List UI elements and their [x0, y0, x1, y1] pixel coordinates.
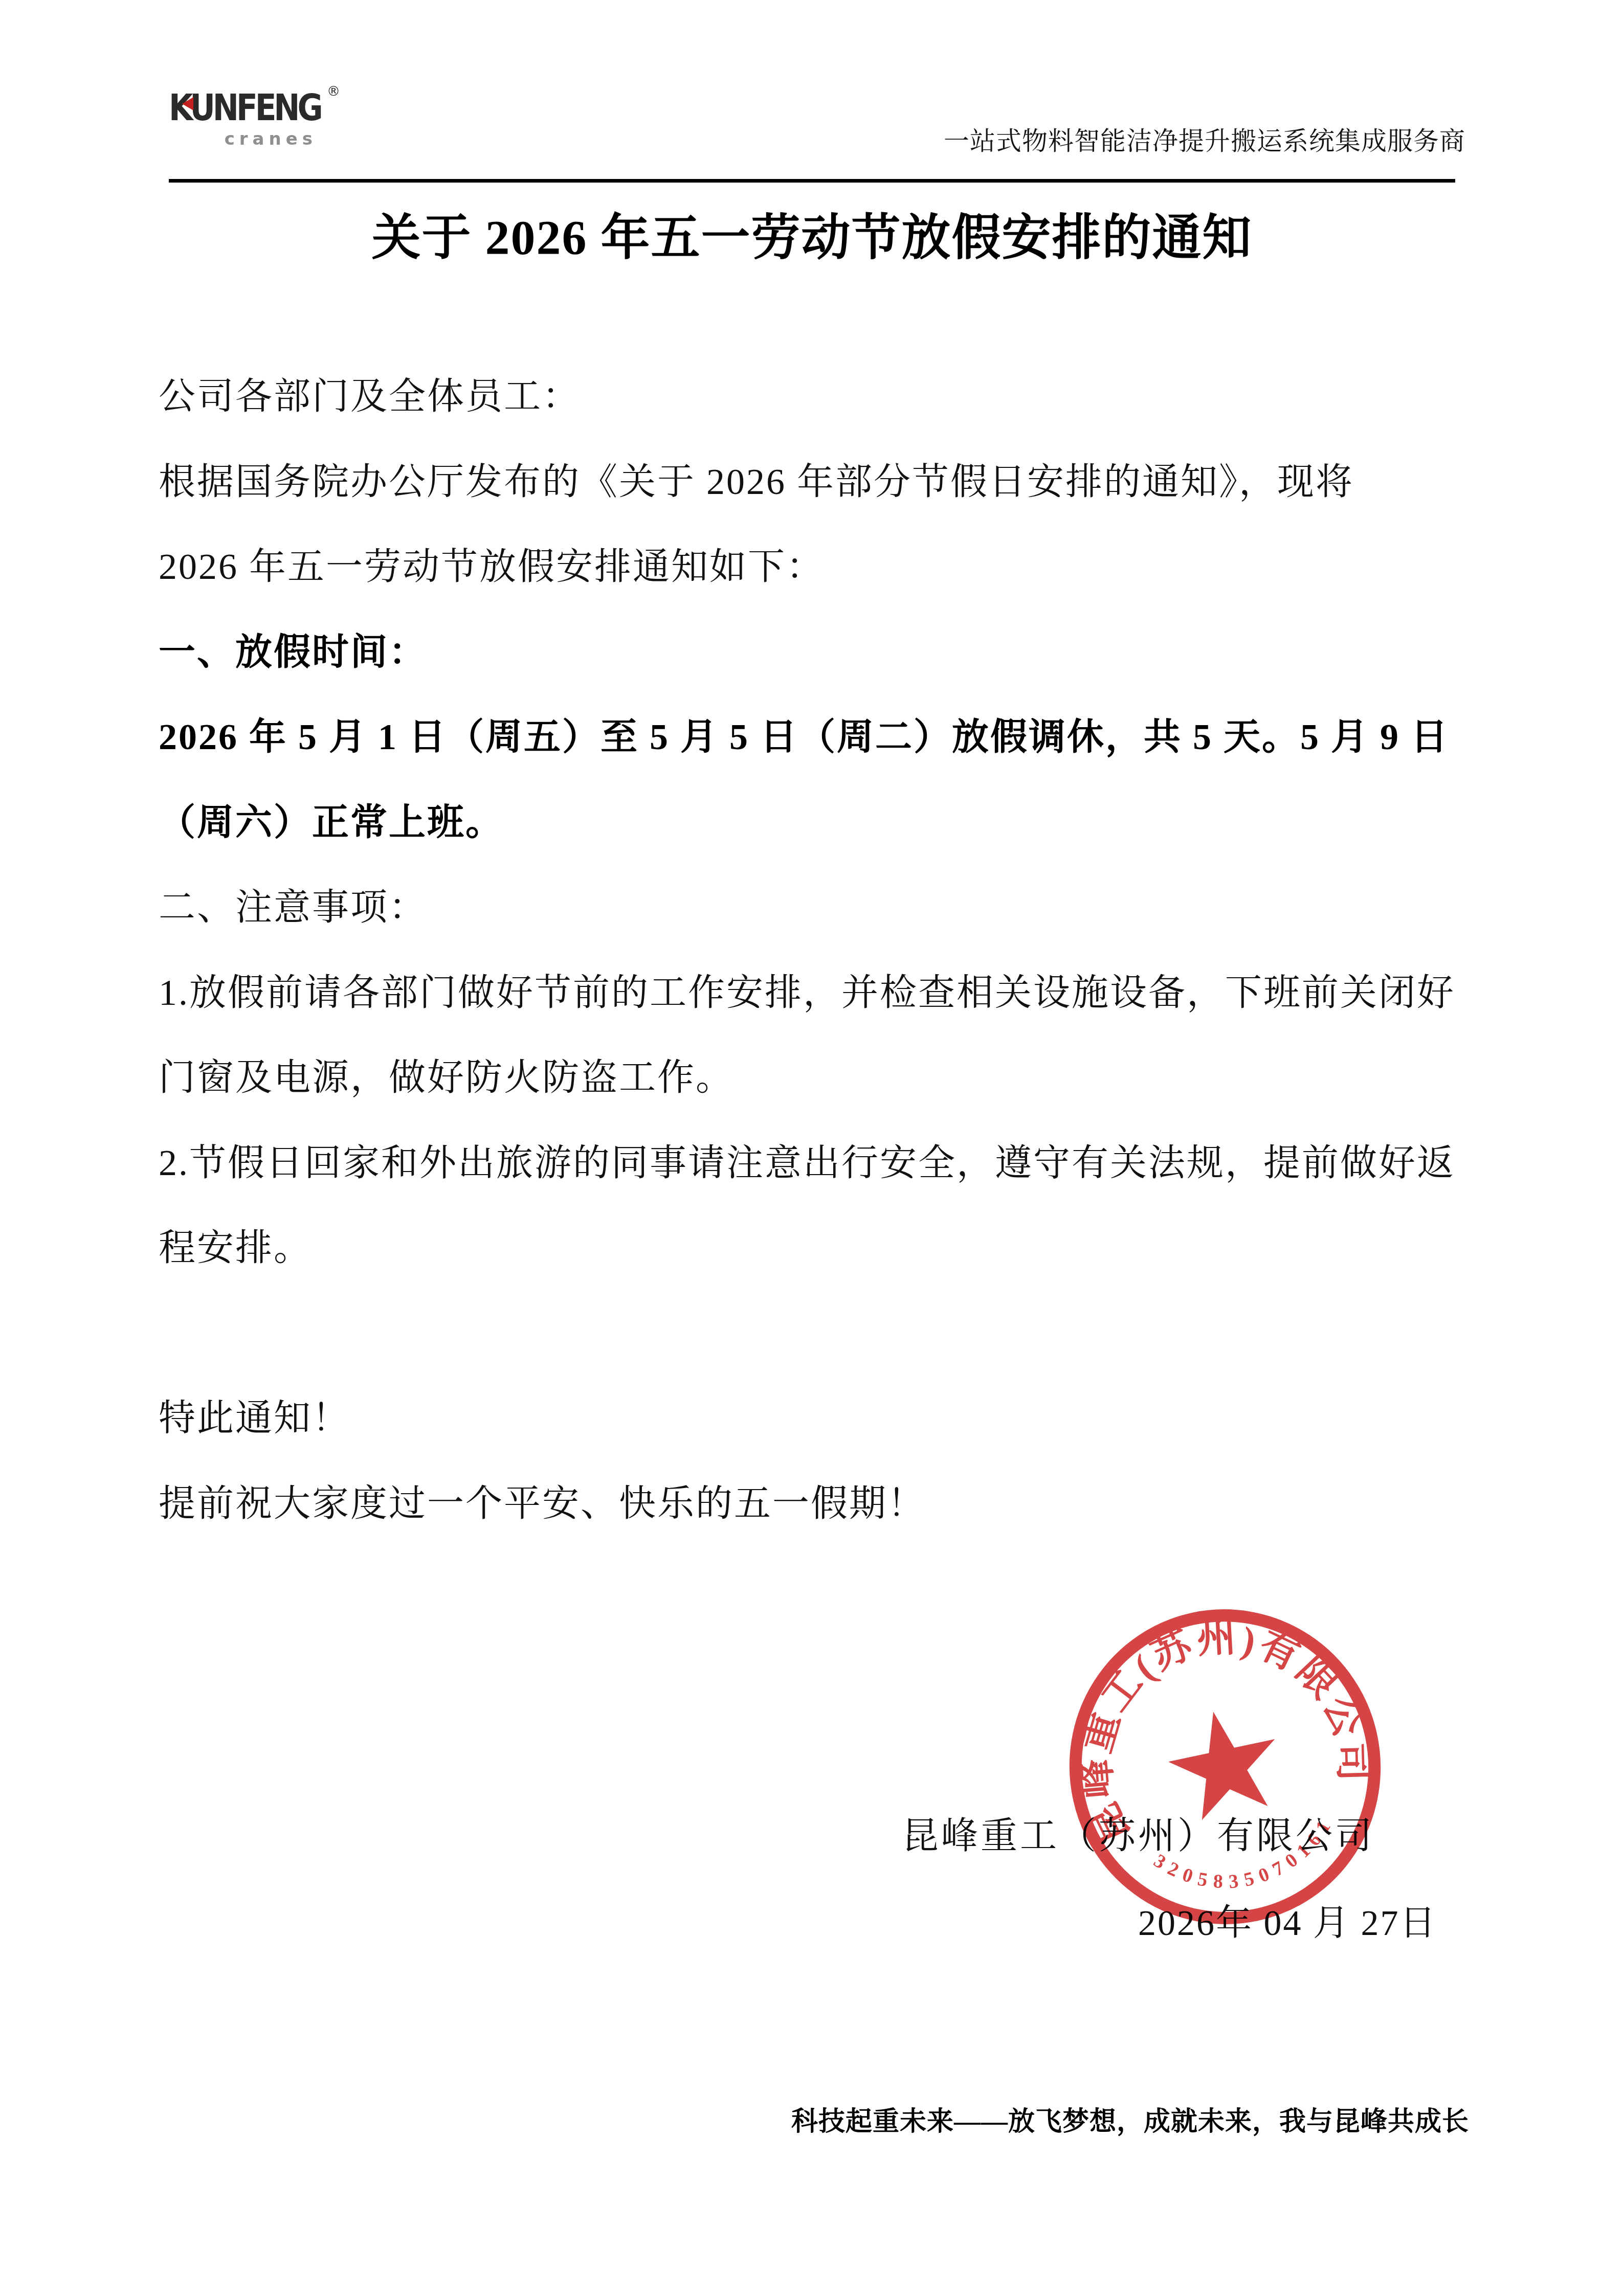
- logo-red-arrow-icon: [182, 97, 193, 110]
- salutation-line: 公司各部门及全体员工：: [159, 354, 1473, 439]
- section-heading-1: 一、放假时间：: [159, 610, 1473, 695]
- section-heading-2: 二、注意事项：: [159, 865, 1473, 950]
- note-item-1-cont: 门窗及电源，做好防火防盗工作。: [159, 1035, 1473, 1120]
- notice-document-page: KUNFENG® cranes 一站式物料智能洁净提升搬运系统集成服务商 关于 …: [0, 0, 1624, 2296]
- logo-sub-text: cranes: [169, 129, 317, 149]
- wish-line: 提前祝大家度过一个平安、快乐的五一假期！: [159, 1461, 1473, 1546]
- company-tagline: 一站式物料智能洁净提升搬运系统集成服务商: [944, 121, 1465, 157]
- seal-star-icon: [1160, 1700, 1288, 1824]
- holiday-dates-line: 2026 年 5 月 1 日（周五）至 5 月 5 日（周二）放假调休，共 5 …: [159, 694, 1473, 780]
- note-item-2: 2.节假日回家和外出旅游的同事请注意出行安全，遵守有关法规，提前做好返: [159, 1120, 1473, 1206]
- notice-body: 公司各部门及全体员工： 根据国务院办公厅发布的《关于 2026 年部分节假日安排…: [159, 354, 1473, 1546]
- note-item-2-cont: 程安排。: [159, 1205, 1473, 1291]
- body-line: 2026 年五一劳动节放假安排通知如下：: [159, 524, 1473, 610]
- seal-registration-number: 3205835070161: [1146, 1808, 1348, 1909]
- header-divider: [169, 179, 1455, 183]
- holiday-dates-line-2: （周六）正常上班。: [159, 780, 1473, 865]
- page-title: 关于 2026 年五一劳动节放假安排的通知: [0, 198, 1624, 268]
- company-logo: KUNFENG® cranes: [169, 86, 361, 149]
- closing-line: 特此通知！: [159, 1376, 1473, 1461]
- company-seal-stamp: 昆峰重工(苏州)有限公司 3205835070161: [1046, 1588, 1404, 1946]
- footer-slogan: 科技起重未来——放飞梦想，成就未来，我与昆峰共成长: [791, 2100, 1469, 2138]
- note-item-1: 1.放假前请各部门做好节前的工作安排，并检查相关设施设备，下班前关闭好: [159, 950, 1473, 1036]
- body-line: 根据国务院办公厅发布的《关于 2026 年部分节假日安排的通知》，现将: [159, 439, 1473, 525]
- registered-trademark-icon: ®: [327, 84, 340, 99]
- blank-line: [159, 1291, 1473, 1376]
- logo-wordmark: KUNFENG®: [169, 86, 361, 129]
